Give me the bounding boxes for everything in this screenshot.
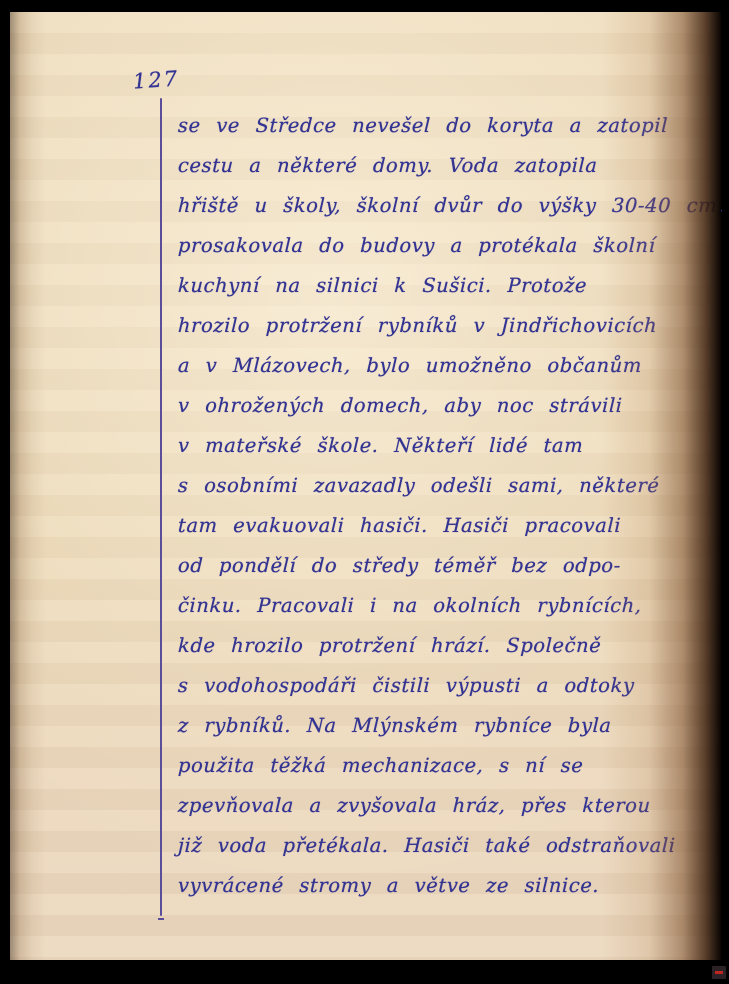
- handwriting-line: hřiště u školy, školní dvůr do výšky 30-…: [177, 186, 726, 226]
- handwriting-line: hrozilo protržení rybníků v Jindřichovic…: [177, 306, 726, 346]
- handwriting-line: a v Mlázovech, bylo umožněno občanům: [177, 346, 726, 386]
- handwriting-line: zpevňovala a zvyšovala hráz, přes kterou: [177, 786, 726, 826]
- handwriting-line: kuchyní na silnici k Sušici. Protože: [177, 266, 726, 306]
- handwriting-line: použita těžká mechanizace, s ní se: [177, 746, 726, 786]
- handwriting-line: činku. Pracovali i na okolních rybnících…: [177, 586, 726, 626]
- page-number: 127: [132, 66, 180, 93]
- handwriting-line: vyvrácené stromy a větve ze silnice.: [177, 866, 726, 906]
- red-watermark-icon: [712, 966, 726, 979]
- handwriting-line: v mateřské škole. Někteří lidé tam: [177, 426, 726, 466]
- handwriting-line: prosakovala do budovy a protékala školní: [177, 226, 726, 266]
- handwriting-line: tam evakuovali hasiči. Hasiči pracovali: [177, 506, 726, 546]
- handwriting-line: s vodohospodáři čistili výpusti a odtoky: [177, 666, 726, 706]
- red-bar: [715, 971, 723, 974]
- handwriting-line: od pondělí do středy téměř bez odpo-: [177, 546, 726, 586]
- handwriting-line: již voda přetékala. Hasiči také odstraňo…: [177, 826, 726, 866]
- page-edge-shadow: [10, 12, 46, 960]
- margin-line: [160, 98, 162, 916]
- scanned-chronicle-page: 127 se ve Středce nevešel do koryta a za…: [0, 0, 729, 984]
- handwriting-line: kde hrozilo protržení hrází. Společně: [177, 626, 726, 666]
- handwriting-line: s osobními zavazadly odešli sami, někter…: [177, 466, 726, 506]
- handwriting-line: se ve Středce nevešel do koryta a zatopi…: [177, 106, 726, 146]
- handwriting-lines: se ve Středce nevešel do koryta a zatopi…: [178, 106, 726, 906]
- handwriting-line: v ohrožených domech, aby noc strávili: [177, 386, 726, 426]
- paper: 127 se ve Středce nevešel do koryta a za…: [10, 12, 721, 960]
- handwriting-line: z rybníků. Na Mlýnském rybníce byla: [177, 706, 726, 746]
- handwriting-line: cestu a některé domy. Voda zatopila: [177, 146, 726, 186]
